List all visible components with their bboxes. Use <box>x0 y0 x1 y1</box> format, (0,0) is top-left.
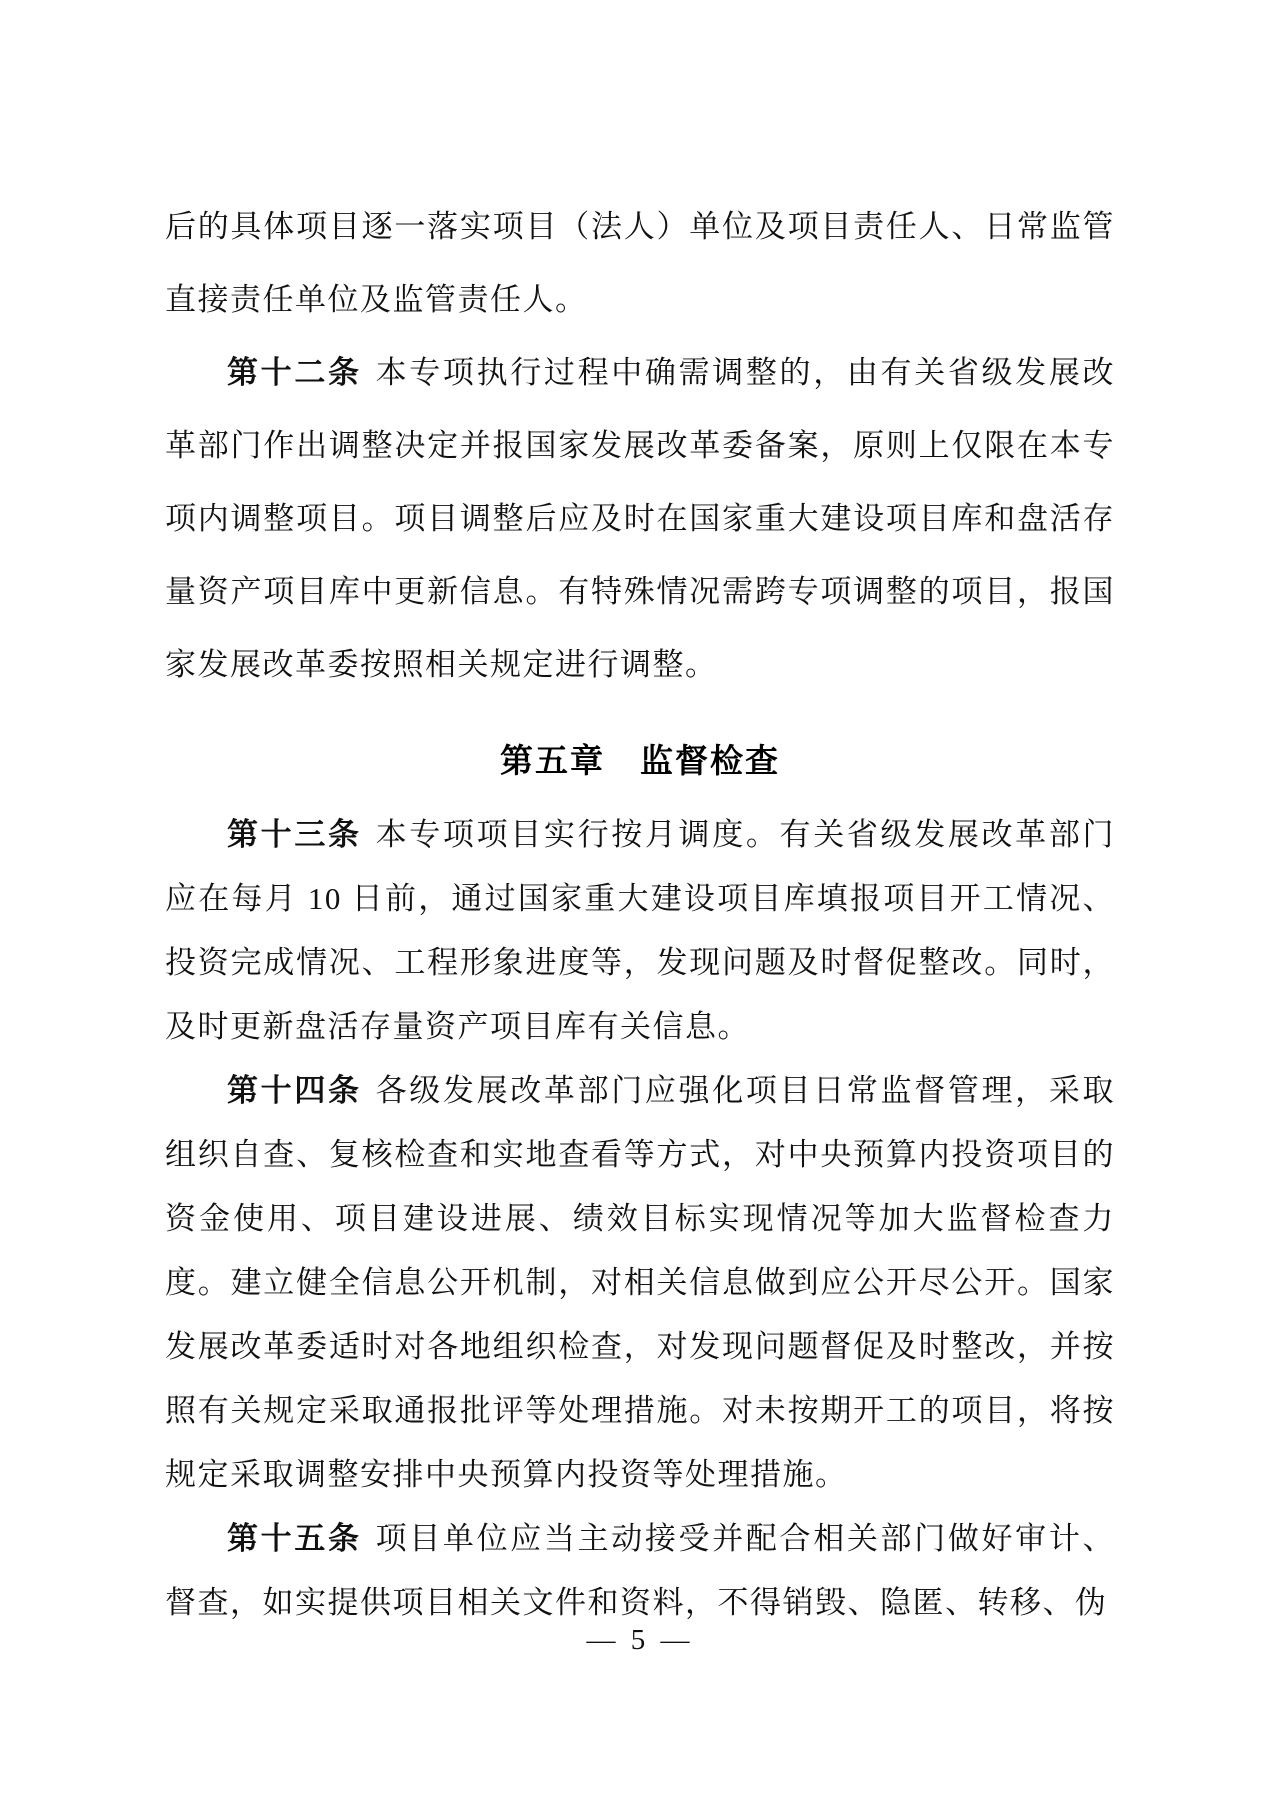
paragraph-article-13: 第十三条本专项项目实行按月调度。有关省级发展改革部门应在每月 10 日前，通过国… <box>165 803 1115 1059</box>
paragraph-continuation: 后的具体项目逐一落实项目（法人）单位及项目责任人、日常监管直接责任单位及监管责任… <box>165 190 1115 336</box>
article-15-label: 第十五条 <box>227 1521 362 1556</box>
page-number: — 5 — <box>587 1624 694 1656</box>
chapter-heading: 第五章 监督检查 <box>165 739 1115 783</box>
paragraph-article-14: 第十四条各级发展改革部门应强化项目日常监督管理，采取组织自查、复核检查和实地查看… <box>165 1059 1115 1507</box>
page-content: 后的具体项目逐一落实项目（法人）单位及项目责任人、日常监管直接责任单位及监管责任… <box>165 190 1115 1635</box>
article-12-label: 第十二条 <box>227 355 362 390</box>
article-14-text: 各级发展改革部门应强化项目日常监督管理，采取组织自查、复核检查和实地查看等方式，… <box>165 1073 1115 1492</box>
article-12-text: 本专项执行过程中确需调整的，由有关省级发展改革部门作出调整决定并报国家发展改革委… <box>165 355 1115 682</box>
article-14-label: 第十四条 <box>227 1073 362 1108</box>
article-13-label: 第十三条 <box>227 817 362 852</box>
paragraph-article-15: 第十五条项目单位应当主动接受并配合相关部门做好审计、督查，如实提供项目相关文件和… <box>165 1507 1115 1635</box>
page-footer: — 5 — <box>0 1624 1280 1657</box>
paragraph-article-12: 第十二条本专项执行过程中确需调整的，由有关省级发展改革部门作出调整决定并报国家发… <box>165 336 1115 701</box>
document-page: 后的具体项目逐一落实项目（法人）单位及项目责任人、日常监管直接责任单位及监管责任… <box>0 0 1280 1810</box>
